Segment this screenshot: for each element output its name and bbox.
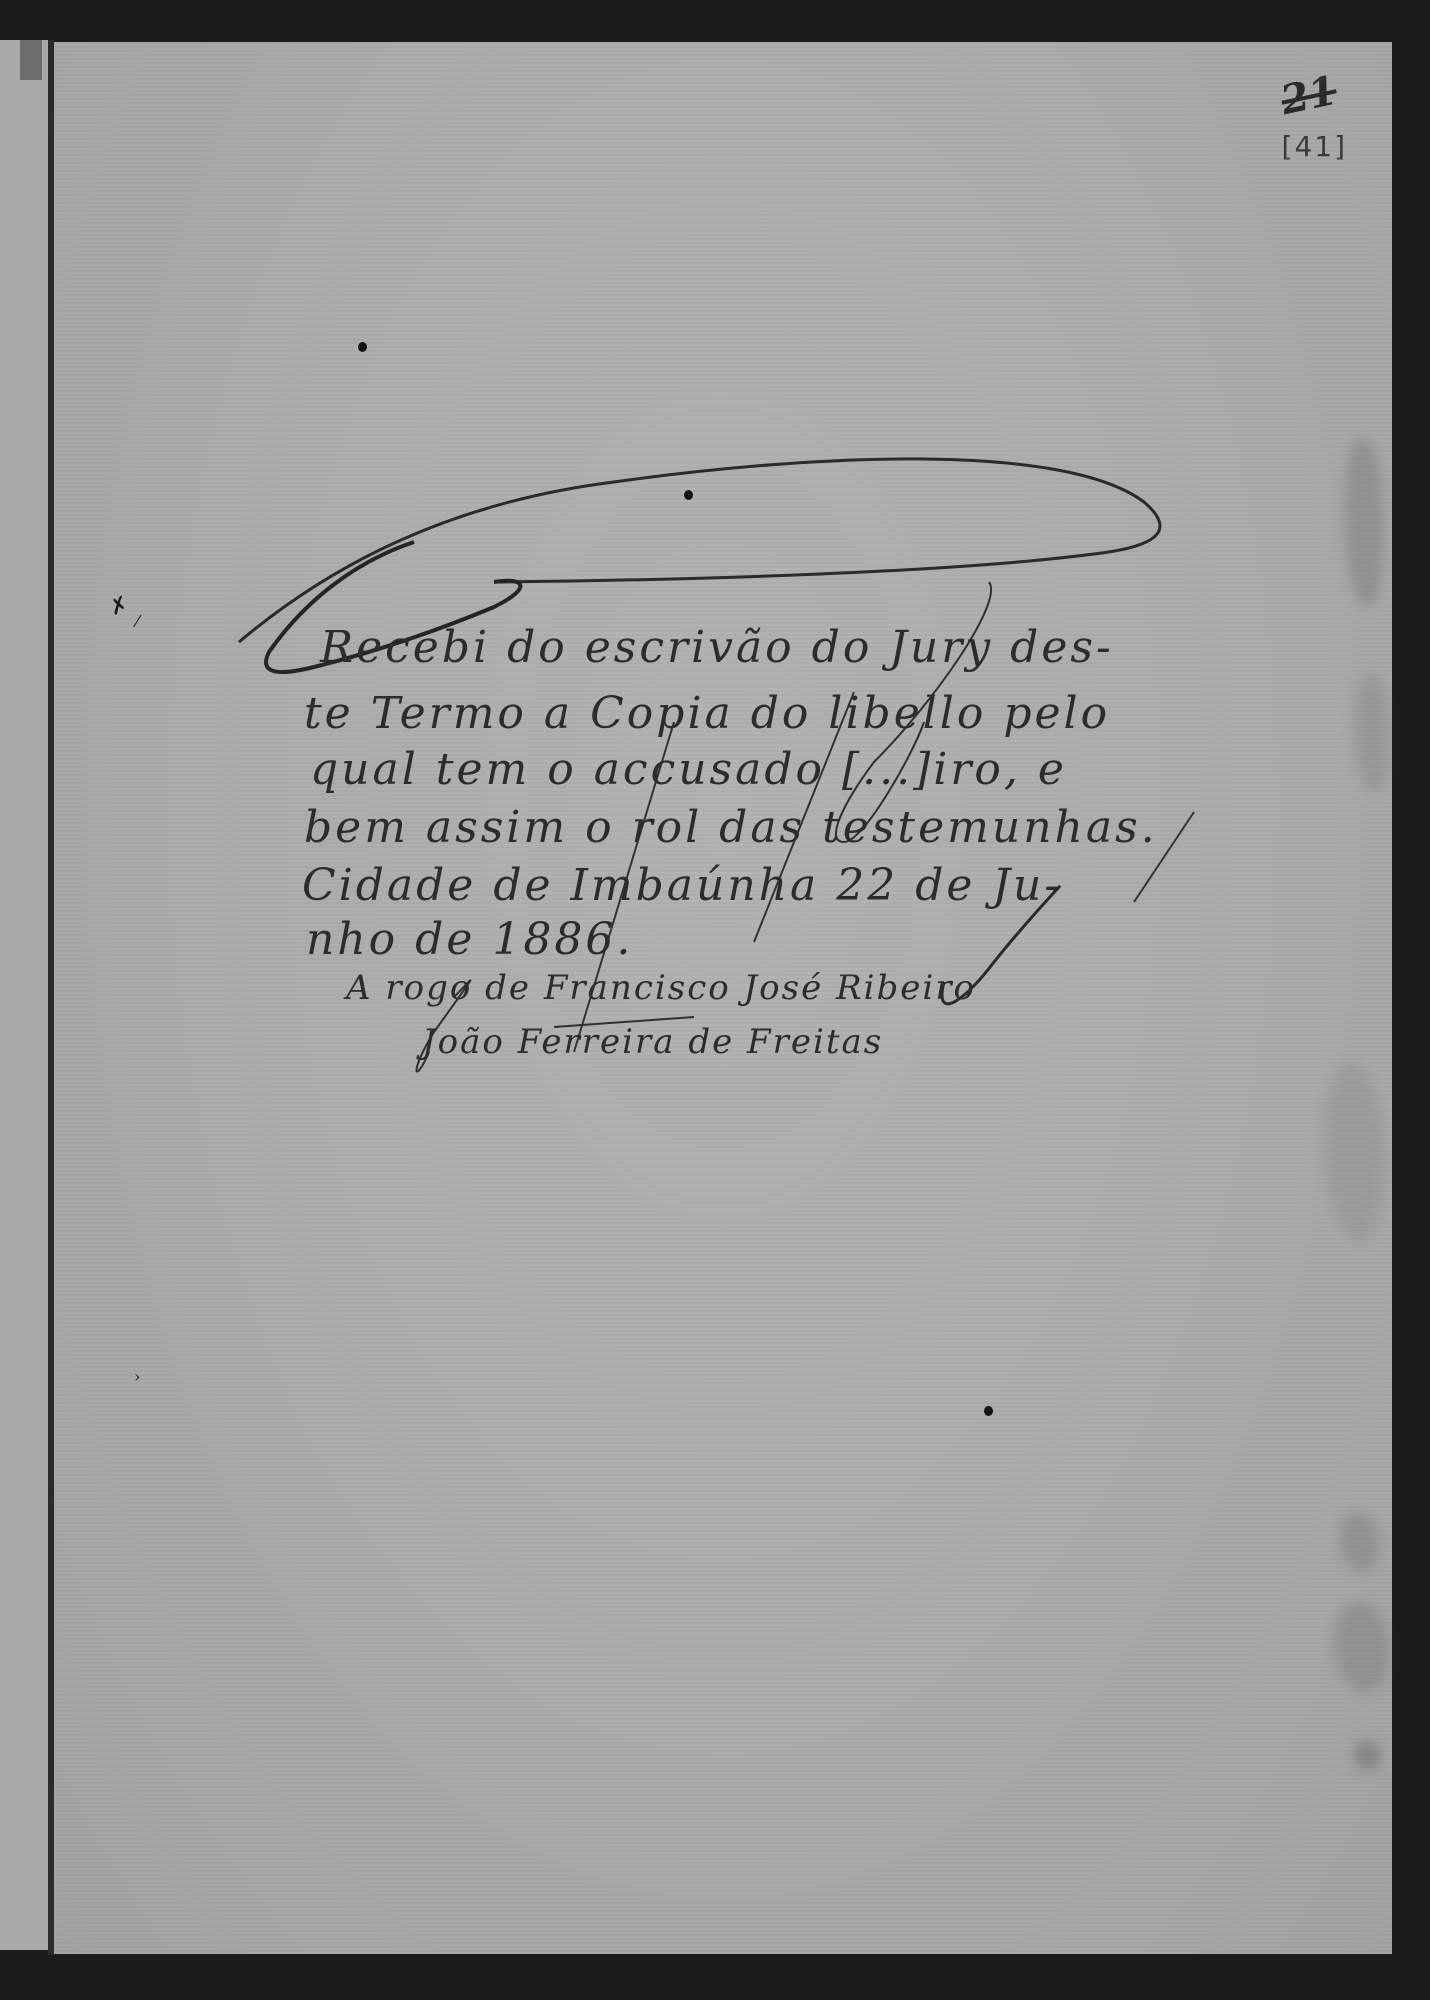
text-line-3: qual tem o accusado [...]iro, e [310, 744, 1067, 795]
text-line-2: te Termo a Copia do libello pelo [304, 688, 1110, 739]
text-line-6: nho de 1886. [306, 914, 633, 965]
text-line-4: bem assim o rol das testemunhas. [304, 802, 1158, 853]
signature-line-1: A rogo de Francisco José Ribeiro [346, 968, 976, 1008]
previous-page-edge [0, 40, 48, 1950]
manuscript-body: Recebi do escrivão do Jury des- te Termo… [54, 42, 1392, 1954]
text-line-1: Recebi do escrivão do Jury des- [320, 622, 1114, 673]
text-line-5: Cidade de Imbaúnha 22 de Ju- [302, 860, 1062, 911]
binding-strip [20, 40, 42, 80]
document-page: 21 [41] ✗ ⁄ › Recebi do escrivão do Jury… [54, 42, 1392, 1954]
signature-line-2: João Ferreira de Freitas [422, 1022, 883, 1062]
